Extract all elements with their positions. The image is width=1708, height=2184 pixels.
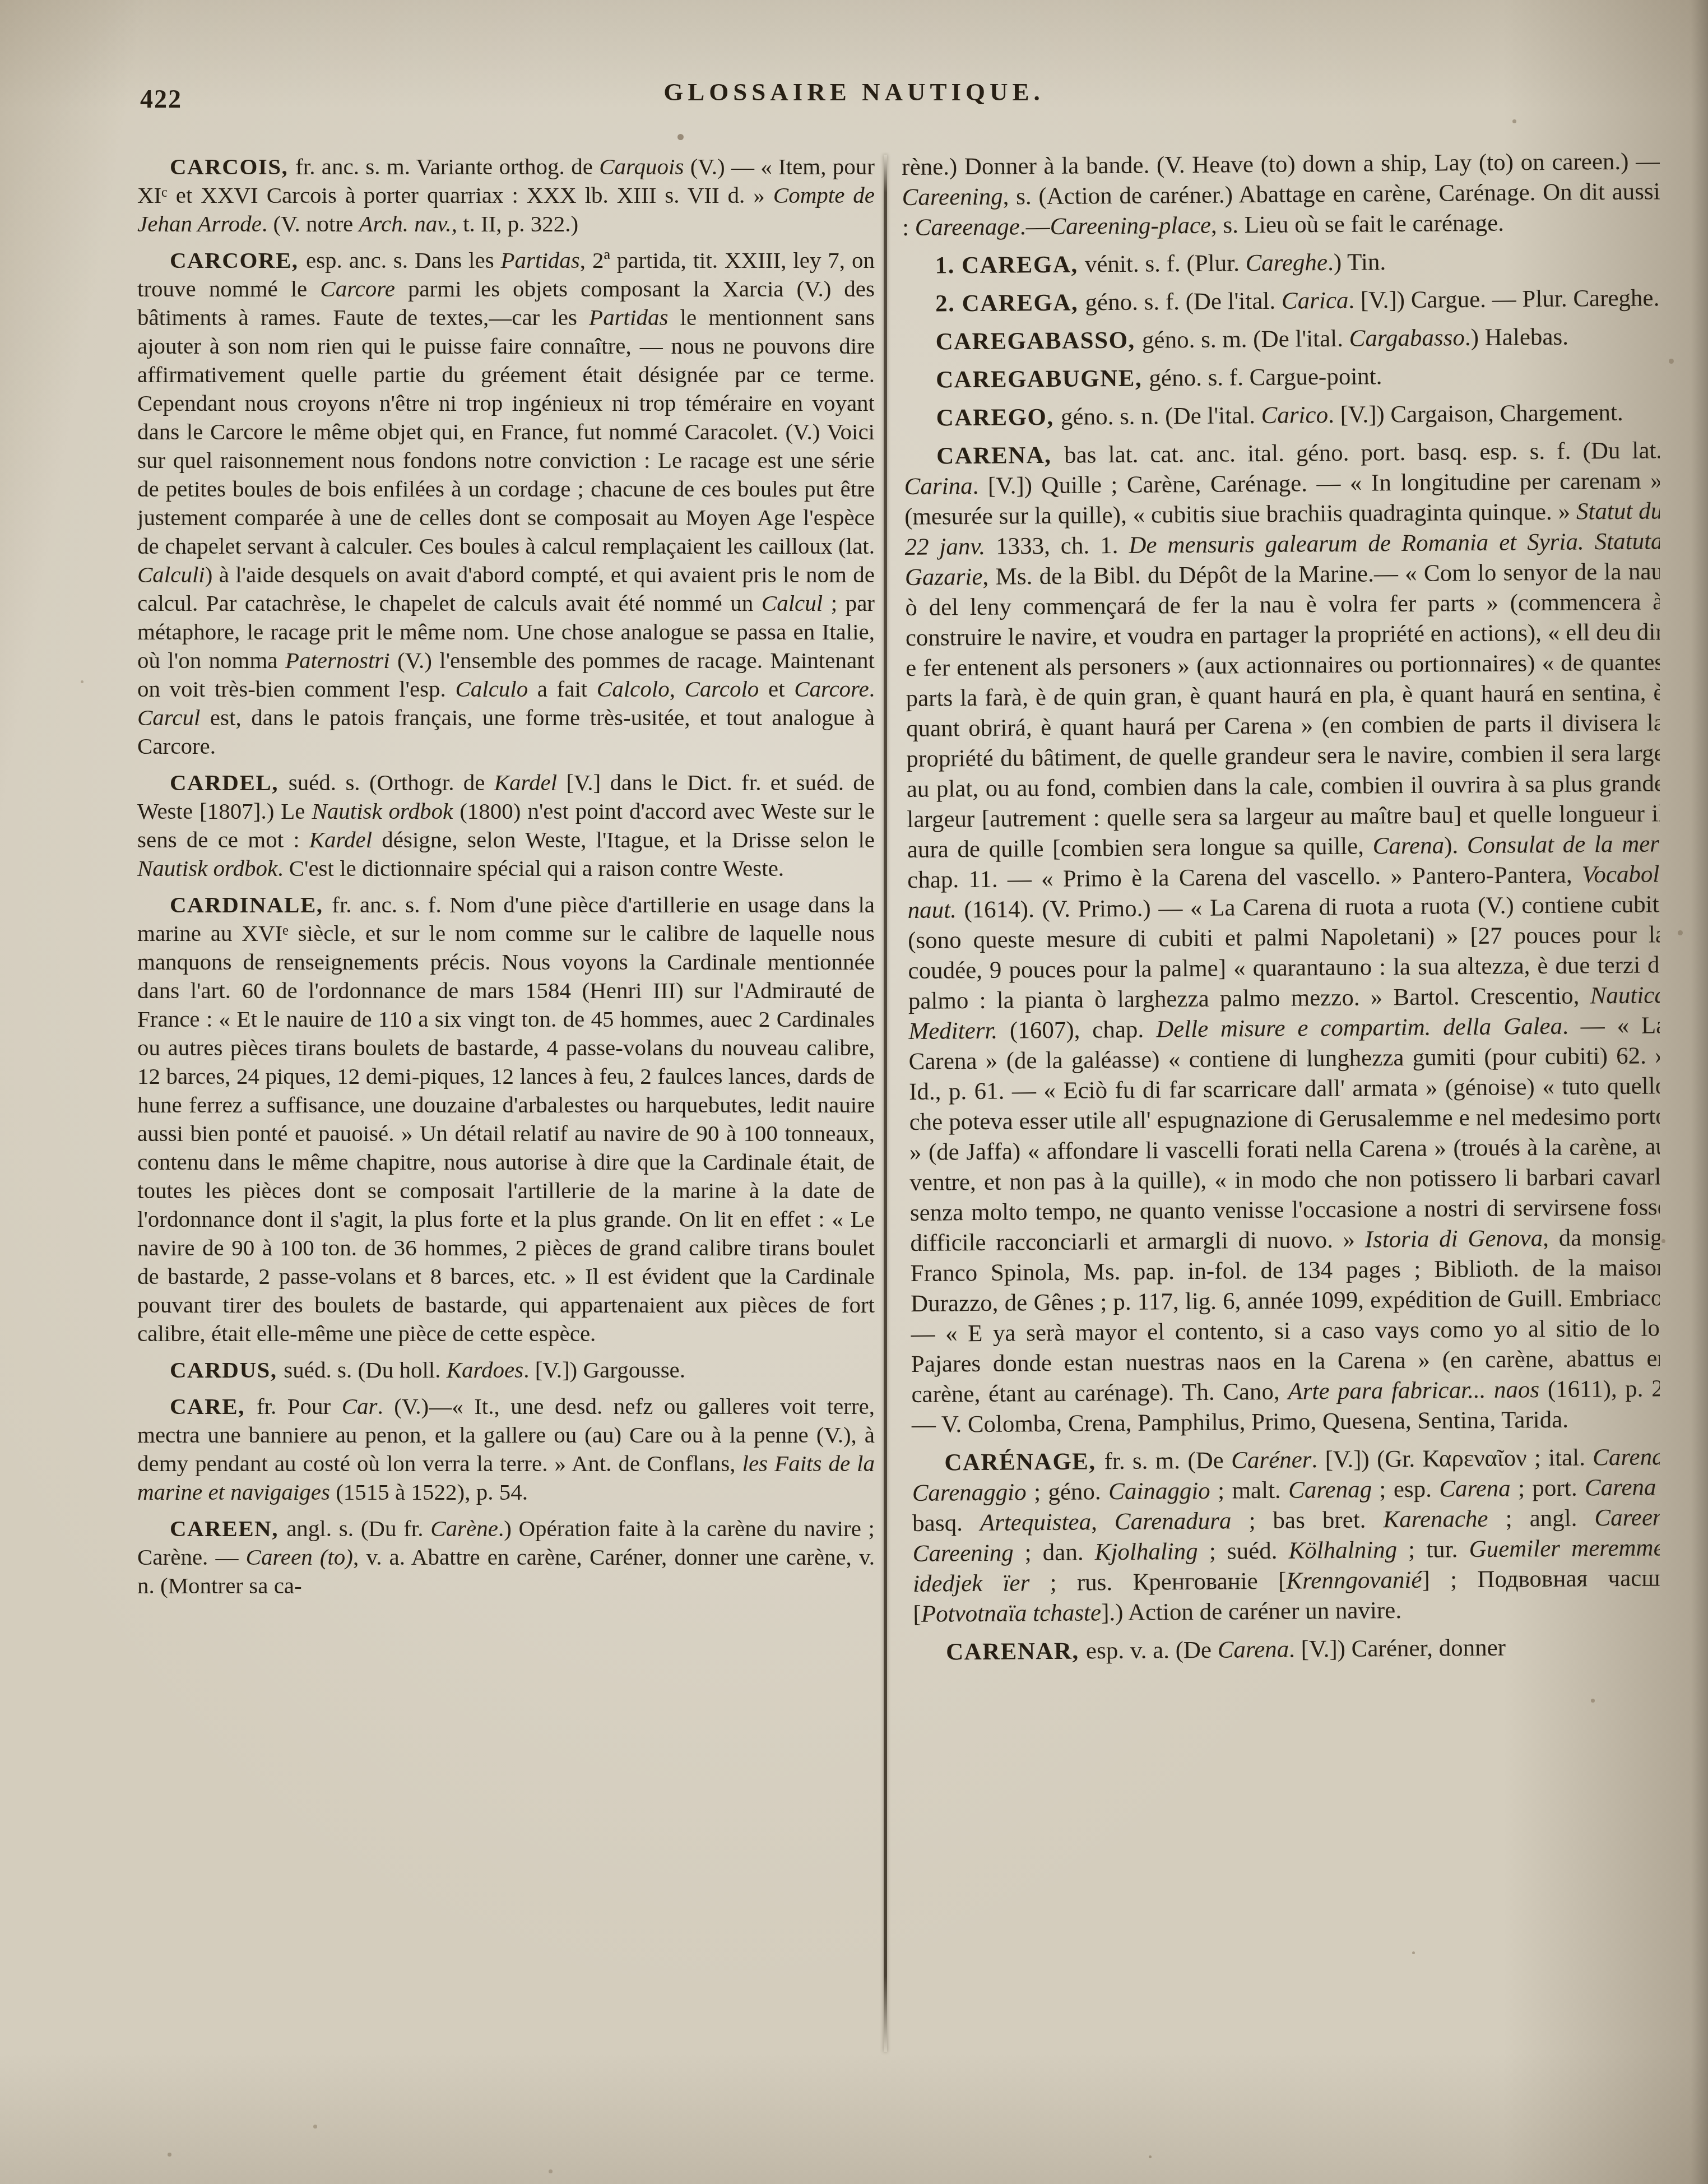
entry-care: CARE, fr. Pour Car. (V.)—« It., une desd… bbox=[137, 1392, 875, 1506]
entry-text-italic: Carico bbox=[1261, 402, 1328, 429]
entry-carena: CARENA, bas lat. cat. anc. ital. géno. p… bbox=[904, 435, 1660, 1440]
entry-text-italic: Krenngovanié bbox=[1286, 1567, 1422, 1594]
entry-text-italic: Carica bbox=[1282, 288, 1349, 314]
entry-carenage: CARÉNAGE, fr. s. m. (De Caréner. [V.]) (… bbox=[912, 1442, 1660, 1630]
entry-headword: CARÉNAGE, bbox=[944, 1448, 1104, 1476]
entry-text: , bbox=[1091, 1509, 1115, 1535]
entry-text: rène.) Donner à la bande. (V. Heave (to)… bbox=[902, 152, 1660, 180]
entry-cardel: CARDEL, suéd. s. (Orthogr. de Kardel [V.… bbox=[137, 768, 875, 883]
column-left: CARCOIS, fr. anc. s. m. Variante orthog.… bbox=[137, 152, 875, 1608]
entry-text: , t. II, p. 322.) bbox=[452, 211, 579, 237]
entry-text-italic: Carcore bbox=[320, 276, 395, 302]
entry-text: 1333, ch. 1. bbox=[985, 532, 1129, 560]
entry-headword: CARCOIS, bbox=[170, 154, 295, 179]
entry-carenar: CARENAR, esp. v. a. (De Carena. [V.]) Ca… bbox=[913, 1631, 1660, 1668]
entry-text-italic: Delle misure e compartim. della Galea bbox=[1156, 1013, 1562, 1043]
entry-text: le mentionnent sans ajouter à son nom ri… bbox=[137, 304, 875, 559]
entry-text-italic: Istoria di Genova bbox=[1365, 1225, 1543, 1253]
entry-text: . C'est le dictionnaire spécial qui a ra… bbox=[277, 855, 784, 881]
entry-headword: CARENAR, bbox=[946, 1638, 1086, 1665]
running-title: GLOSSAIRE NAUTIQUE. bbox=[0, 77, 1708, 106]
entry-headword: CARE, bbox=[170, 1393, 257, 1419]
entry-text-italic: Careen (to) bbox=[246, 1544, 353, 1570]
entry-text-italic: Carena bbox=[1585, 1474, 1656, 1501]
entry-text: (1515 à 1522), p. 54. bbox=[330, 1479, 528, 1505]
entry-text: . bbox=[869, 676, 875, 702]
entry-text: désigne, selon Weste, l'Itague, et la Dr… bbox=[372, 827, 875, 852]
entry-cardinale: CARDINALE, fr. anc. s. f. Nom d'une pièc… bbox=[137, 891, 875, 1348]
entry-text: , Ms. de la Bibl. du Dépôt de la Marine.… bbox=[905, 558, 1660, 863]
column-divider-rule bbox=[884, 155, 887, 2052]
entry-text-italic: Carina bbox=[904, 473, 973, 500]
entry-text-italic: Kardoes bbox=[447, 1357, 523, 1383]
entry-text-italic: Carcore bbox=[794, 676, 869, 702]
entry-text: . — « La Carena » (de la galéasse) « con… bbox=[909, 1012, 1660, 1256]
entry-text: géno. s. f. (De l'ital. bbox=[1085, 288, 1282, 316]
entry-text: angl. s. (Du fr. bbox=[286, 1515, 430, 1541]
entry-text-italic: Careghe bbox=[1245, 249, 1328, 276]
entry-text-italic: Caréner bbox=[1231, 1446, 1312, 1473]
entry-headword: CAREEN, bbox=[170, 1515, 286, 1541]
entry-text-italic: Potvotnaïa tchaste bbox=[921, 1599, 1102, 1627]
entry-text: ; malt. bbox=[1210, 1477, 1289, 1504]
book-page: 422 GLOSSAIRE NAUTIQUE. CARCOIS, fr. anc… bbox=[0, 0, 1708, 2184]
entry-text-italic: Carenadura bbox=[1115, 1508, 1232, 1535]
entry-text: .) Halebas. bbox=[1465, 324, 1568, 351]
entry-caregabasso: CAREGABASSO, géno. s. m. (De l'ital. Car… bbox=[903, 321, 1660, 358]
entry-text-italic: Arte para fabricar... naos bbox=[1288, 1376, 1539, 1405]
entry-text: (1607), chap. bbox=[997, 1016, 1156, 1044]
entry-text-italic: Calcul bbox=[762, 590, 823, 616]
entry-text: . [V.]) Gargousse. bbox=[523, 1357, 685, 1383]
entry-text: a fait bbox=[528, 676, 597, 702]
entry-text-italic: Carcolo bbox=[685, 676, 759, 702]
entry-text: , bbox=[670, 676, 685, 702]
entry-text-italic: Nautisk ordbok bbox=[137, 855, 277, 881]
entry-headword: CARDUS, bbox=[170, 1357, 284, 1383]
entry-text: géno. s. f. Cargue-point. bbox=[1149, 363, 1382, 391]
entry-careen-continuation: rène.) Donner à la bande. (V. Heave (to)… bbox=[902, 152, 1660, 243]
entry-headword: CARDINALE, bbox=[170, 892, 332, 917]
entry-text-italic: Carena bbox=[1218, 1636, 1289, 1663]
entry-text: fr. Pour bbox=[257, 1393, 342, 1419]
entry-headword: CARENA, bbox=[936, 442, 1064, 470]
entry-text: suéd. s. (Du holl. bbox=[284, 1357, 446, 1383]
entry-headword: CARDEL, bbox=[170, 769, 289, 795]
entry-headword: CAREGO, bbox=[936, 404, 1061, 432]
entry-text-italic: Carcul bbox=[137, 704, 200, 730]
paper-specks bbox=[0, 0, 3, 3]
entry-headword: CAREGABASSO, bbox=[935, 327, 1142, 355]
entry-text: fr. s. m. (De bbox=[1104, 1447, 1231, 1474]
entry-carcois: CARCOIS, fr. anc. s. m. Variante orthog.… bbox=[137, 152, 875, 238]
entry-text: géno. s. m. (De l'ital. bbox=[1142, 326, 1349, 354]
entry-text-italic: Consulat de la mer bbox=[1467, 831, 1660, 859]
entry-text: . [V.]) Cargaison, Chargement. bbox=[1328, 400, 1623, 428]
entry-text-italic: Carenaggio bbox=[912, 1479, 1027, 1506]
entry-text-italic: Artequistea bbox=[980, 1509, 1092, 1536]
entry-text-italic: Cargabasso bbox=[1349, 324, 1465, 352]
entry-carego: CAREGO, géno. s. n. (De l'ital. Carico. … bbox=[904, 397, 1660, 434]
entry-caregabugne: CAREGABUGNE, géno. s. f. Cargue-point. bbox=[903, 359, 1660, 396]
entry-text: ].) Action de caréner un navire. bbox=[1101, 1597, 1401, 1626]
entry-headword: CAREGABUGNE, bbox=[936, 365, 1149, 393]
entry-text: . (V. notre bbox=[262, 211, 359, 237]
entry-text: ; tur. bbox=[1397, 1536, 1469, 1563]
column-right: rène.) Donner à la bande. (V. Heave (to)… bbox=[902, 152, 1660, 1676]
entry-text-italic: Careen bbox=[1594, 1504, 1660, 1531]
entry-headword: CARCORE, bbox=[170, 247, 306, 273]
entry-text: ; rus. Кренгованіе [ bbox=[1029, 1568, 1286, 1597]
entry-carega-2: 2. CAREGA, géno. s. f. (De l'ital. Caric… bbox=[903, 283, 1660, 319]
entry-careen: CAREEN, angl. s. (Du fr. Carène.) Opérat… bbox=[137, 1514, 875, 1600]
entry-text-italic: Careenage bbox=[915, 214, 1020, 240]
entry-text: géno. s. n. (De l'ital. bbox=[1061, 402, 1261, 430]
entry-text-italic: Careening bbox=[902, 184, 1002, 211]
entry-text-italic: Calculo bbox=[455, 676, 528, 702]
entry-text: (1614). (V. Primo.) — « La Carena di ruo… bbox=[908, 891, 1660, 1014]
entry-text: suéd. s. (Orthogr. de bbox=[289, 769, 494, 795]
entry-text-italic: Carena bbox=[1593, 1444, 1660, 1471]
entry-text: ; bas bret. bbox=[1231, 1506, 1383, 1534]
entry-text: ; esp. bbox=[1372, 1476, 1440, 1503]
entry-text-italic: Cainaggio bbox=[1108, 1478, 1210, 1505]
entry-text-italic: Paternostri bbox=[285, 647, 390, 673]
entry-text: ; angl. bbox=[1488, 1505, 1594, 1532]
entry-text-italic: Carena bbox=[1439, 1476, 1511, 1503]
entry-text-italic: Car bbox=[342, 1393, 378, 1419]
entry-text: ; suéd. bbox=[1198, 1538, 1289, 1565]
entry-carega-1: 1. CAREGA, vénit. s. f. (Plur. Careghe.)… bbox=[902, 245, 1660, 281]
entry-text-italic: Kölhalning bbox=[1288, 1537, 1397, 1564]
entry-cardus: CARDUS, suéd. s. (Du holl. Kardoes. [V.]… bbox=[137, 1356, 875, 1384]
entry-text-italic: Careening bbox=[912, 1540, 1013, 1567]
entry-text: est, dans le patois français, une forme … bbox=[137, 704, 875, 759]
entry-text-italic: Kardel bbox=[309, 827, 372, 852]
entry-text: , s. Lieu où se fait le carénage. bbox=[1211, 210, 1504, 239]
entry-text-italic: Careening-place bbox=[1050, 212, 1211, 240]
entry-text: . [V.]) Caréner, donner bbox=[1289, 1635, 1506, 1663]
entry-text-italic: Kardel bbox=[494, 769, 557, 795]
entry-carcore: CARCORE, esp. anc. s. Dans les Partidas,… bbox=[137, 246, 875, 761]
entry-text-italic: Carena bbox=[1372, 832, 1444, 859]
entry-text: vénit. s. f. (Plur. bbox=[1085, 250, 1246, 277]
entry-text-italic: Kjolhaling bbox=[1095, 1538, 1198, 1565]
entry-text: fr. anc. s. f. Nom d'une pièce d'artille… bbox=[137, 892, 875, 1346]
entry-text: .— bbox=[1020, 214, 1050, 240]
entry-text: . [V.]) Cargue. — Plur. Careghe. bbox=[1348, 285, 1659, 313]
entry-text-italic: Nautisk ordbok bbox=[312, 798, 453, 824]
entry-headword: 1. CAREGA, bbox=[935, 251, 1085, 279]
entry-text-italic: Arch. nav. bbox=[359, 211, 452, 237]
entry-text: . [V.]) (Gr. Καρεναῖον ; ital. bbox=[1311, 1444, 1593, 1473]
entry-text: esp. anc. s. Dans les bbox=[306, 247, 501, 273]
text-columns: CARCOIS, fr. anc. s. m. Variante orthog.… bbox=[137, 152, 1660, 2058]
entry-text: ). bbox=[1444, 832, 1467, 859]
entry-text: ; dan. bbox=[1013, 1539, 1095, 1566]
entry-text: esp. v. a. (De bbox=[1086, 1637, 1218, 1664]
entry-headword: 2. CAREGA, bbox=[935, 289, 1085, 317]
entry-text: ; géno. bbox=[1026, 1478, 1108, 1505]
entry-text-italic: Carenag bbox=[1288, 1476, 1372, 1503]
entry-text-italic: Partidas bbox=[501, 247, 580, 273]
entry-text: bas lat. cat. anc. ital. géno. port. bas… bbox=[1064, 437, 1660, 468]
entry-text: et bbox=[759, 676, 794, 702]
entry-text-italic: Carquois bbox=[599, 154, 684, 179]
entry-text-italic: Calcolo bbox=[597, 676, 670, 702]
entry-text-italic: Partidas bbox=[589, 304, 668, 330]
entry-text: . [V.]) Quille ; Carène, Carénage. — « I… bbox=[904, 467, 1660, 530]
entry-text: ; port. bbox=[1511, 1475, 1585, 1502]
entry-text-italic: Calculi bbox=[137, 562, 205, 587]
entry-text-italic: Karenache bbox=[1383, 1506, 1488, 1533]
entry-text-italic: Carène bbox=[430, 1515, 498, 1541]
entry-text: fr. anc. s. m. Variante orthog. de bbox=[295, 154, 599, 179]
entry-text: .) Tin. bbox=[1328, 249, 1386, 276]
